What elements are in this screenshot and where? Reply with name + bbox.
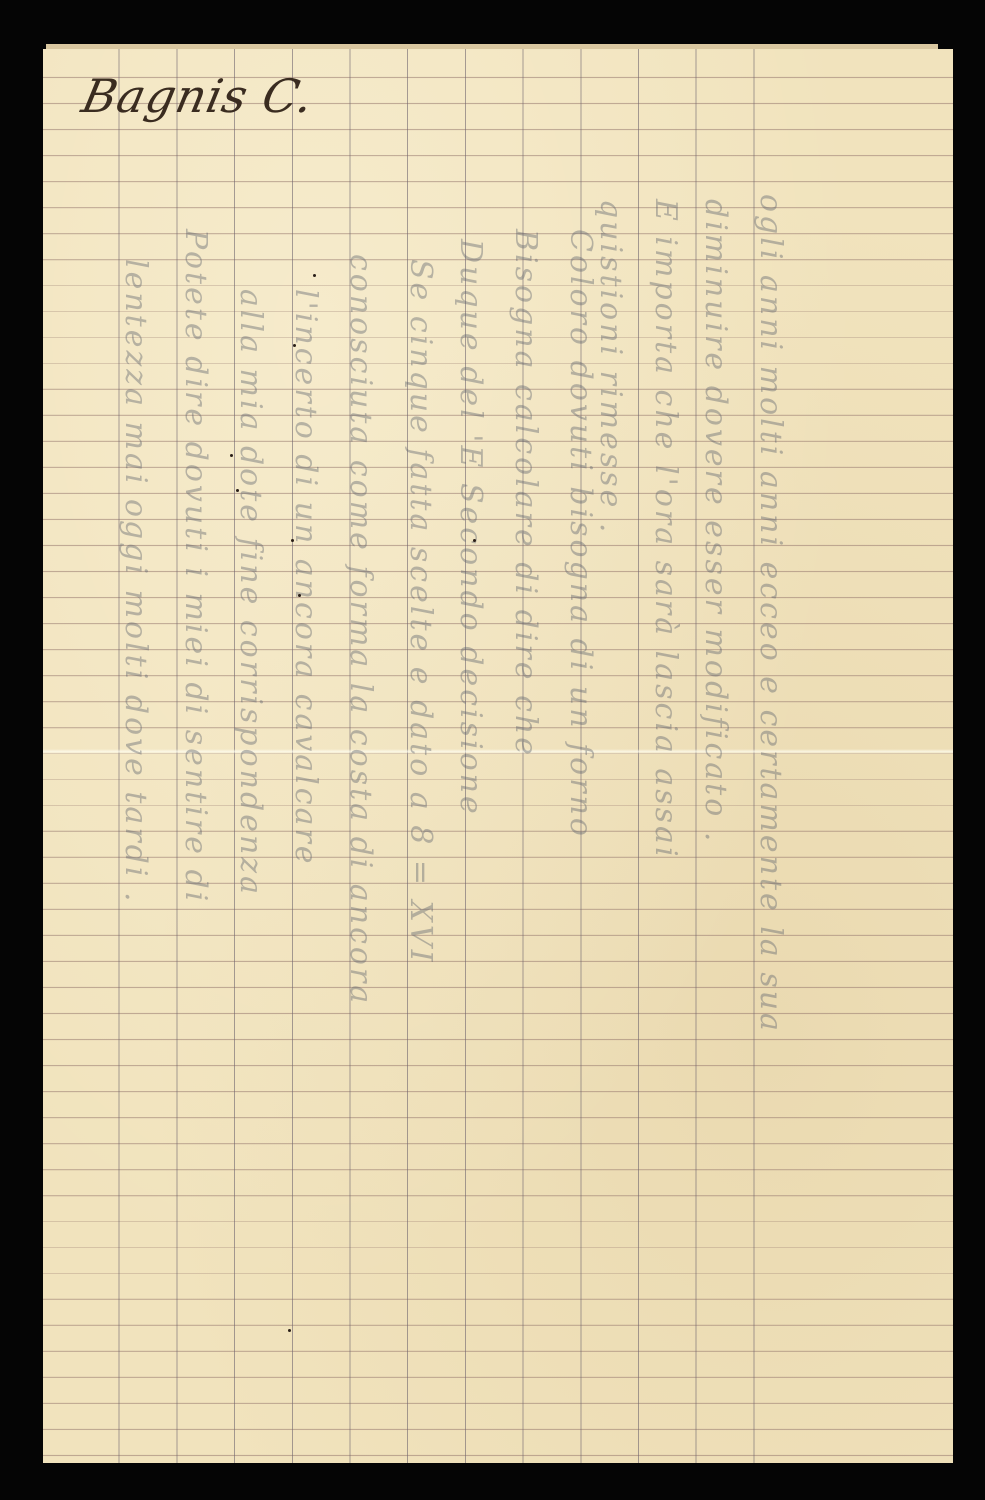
pencil-line-8: Se cinque fatta scelte e dato a 8 = XVI xyxy=(403,259,438,964)
pencil-line-6: Bisogna calcolare di dire che xyxy=(508,229,543,758)
ink-signature: Bagnis C. xyxy=(77,69,319,123)
pencil-line-5: Coloro dovuti bisogna di un forno xyxy=(563,229,598,839)
pencil-line-11: alla mia dote fine corrispondenza xyxy=(233,289,268,897)
pencil-line-10: l'incerto di un ancora cavalcare xyxy=(288,289,323,867)
ink-speck xyxy=(293,344,296,347)
pencil-line-7: Duque del 'E Secondo decisione xyxy=(453,239,488,817)
ink-speck xyxy=(291,539,294,542)
ink-speck xyxy=(230,454,233,457)
pencil-line-2: diminuire dovere esser modificato . xyxy=(698,199,733,844)
pencil-line-3: E importa che l'ora sarà lascia assai xyxy=(648,199,683,860)
ink-speck xyxy=(313,274,316,277)
pencil-line-9: conosciuta come forma la costa di ancora xyxy=(343,254,378,1006)
ink-speck xyxy=(288,1329,291,1332)
pencil-line-4: quistioni rimesse . xyxy=(593,199,628,535)
pencil-line-12: Potete dire dovuti i miei di sentire di xyxy=(178,229,213,904)
letter-page: Bagnis C. ogli anni molti anni ecceo e c… xyxy=(43,49,953,1463)
pencil-line-13: lentezza mai oggi molti dove tardi . xyxy=(118,259,153,905)
pencil-line-1: ogli anni molti anni ecceo e certamente … xyxy=(753,194,788,1034)
ink-speck xyxy=(473,539,476,542)
ink-speck xyxy=(298,594,301,597)
ink-speck xyxy=(236,489,239,492)
